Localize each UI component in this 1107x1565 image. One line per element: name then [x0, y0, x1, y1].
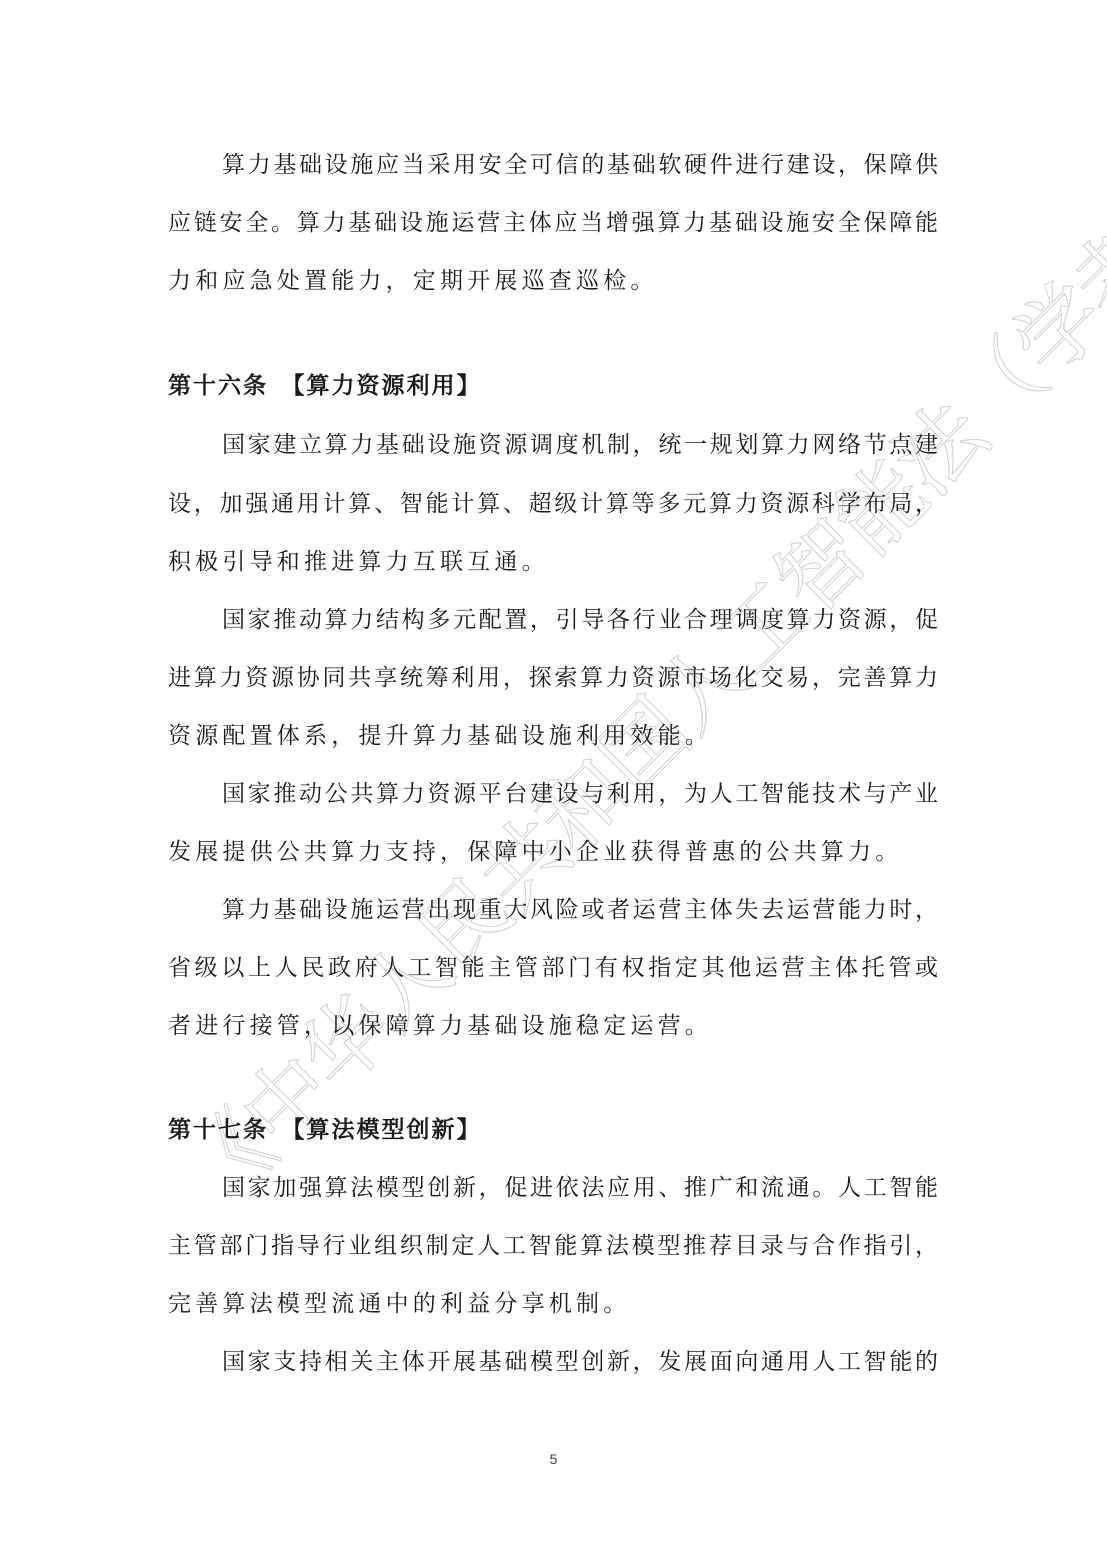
paragraph-line: 应链安全。算力基础设施运营主体应当增强算力基础设施安全保障能: [168, 203, 938, 243]
paragraph-line: 省级以上人民政府人工智能主管部门有权指定其他运营主体托管或: [168, 948, 938, 988]
paragraph-line: 进算力资源协同共享统筹利用，探索算力资源市场化交易，完善算力: [168, 658, 938, 698]
article-17-heading: 第十七条 【算法模型创新】: [168, 1110, 482, 1150]
paragraph-line: 力和应急处置能力，定期开展巡查巡检。: [168, 261, 658, 301]
paragraph-line: 完善算法模型流通中的利益分享机制。: [168, 1284, 630, 1324]
paragraph-line: 发展提供公共算力支持，保障中小企业获得普惠的公共算力。: [168, 832, 902, 872]
paragraph-line: 主管部门指导行业组织制定人工智能算法模型推荐目录与合作指引，: [168, 1226, 938, 1266]
paragraph-line: 国家建立算力基础设施资源调度机制，统一规划算力网络节点建: [222, 425, 938, 465]
paragraph-line: 资源配置体系，提升算力基础设施利用效能。: [168, 716, 712, 756]
page-number: 5: [0, 1451, 1107, 1467]
paragraph-line: 设，加强通用计算、智能计算、超级计算等多元算力资源科学布局，: [168, 484, 938, 524]
paragraph-line: 者进行接管，以保障算力基础设施稳定运营。: [168, 1006, 712, 1046]
paragraph-line: 算力基础设施应当采用安全可信的基础软硬件进行建设，保障供: [222, 145, 938, 185]
paragraph-line: 算力基础设施运营出现重大风险或者运营主体失去运营能力时，: [222, 890, 938, 930]
document-page: 《中华人民共和国人工智能法（学者建议稿）》 算力基础设施应当采用安全可信的基础软…: [0, 0, 1107, 1565]
paragraph-line: 国家推动公共算力资源平台建设与利用，为人工智能技术与产业: [222, 774, 938, 814]
paragraph-line: 国家支持相关主体开展基础模型创新，发展面向通用人工智能的: [222, 1342, 938, 1382]
paragraph-line: 积极引导和推进算力互联互通。: [168, 542, 549, 582]
paragraph-line: 国家加强算法模型创新，促进依法应用、推广和流通。人工智能: [222, 1168, 938, 1208]
article-16-heading: 第十六条 【算力资源利用】: [168, 366, 482, 406]
paragraph-line: 国家推动算力结构多元配置，引导各行业合理调度算力资源，促: [222, 600, 938, 640]
